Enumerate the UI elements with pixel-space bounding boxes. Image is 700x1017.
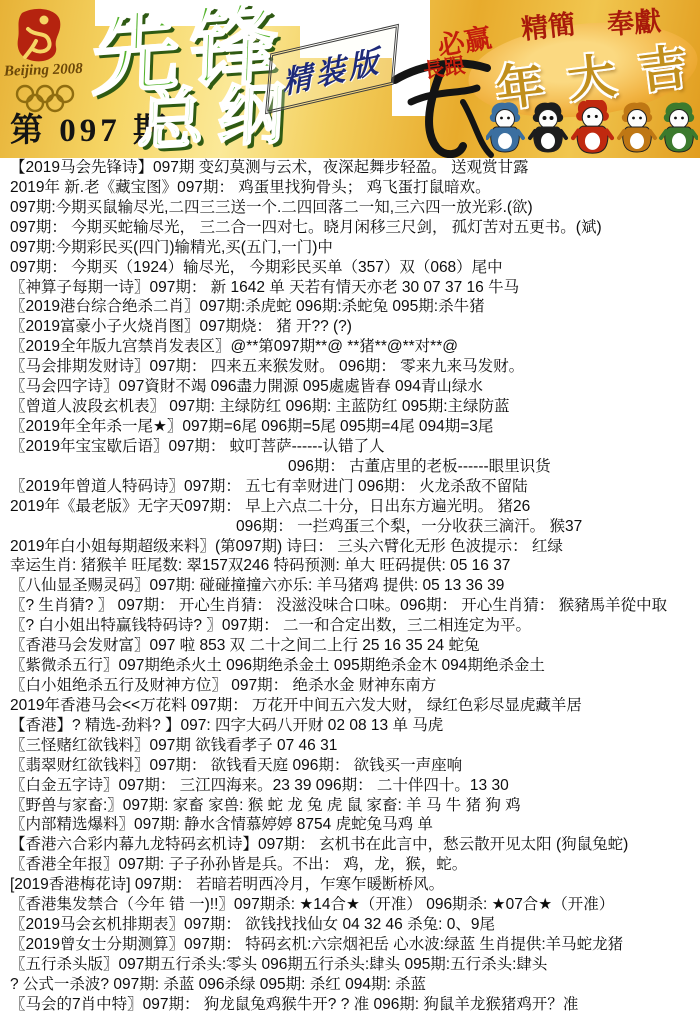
tip-sheet-page: 年大吉 Beijing 2008: [0, 0, 700, 1017]
text-line: 〖2019港台综合绝杀二肖〗097期:杀虎蛇 096期:杀蛇兔 095期:杀牛猪: [0, 297, 700, 317]
text-line: 2019年香港马会<<万花料 097期： 万花开中间五六发大财， 绿红色彩尽显虎…: [0, 696, 700, 716]
follow-text: 長跟: [421, 49, 467, 85]
flame-mascot-icon: [573, 100, 612, 153]
fuwa-mascots-row: [486, 100, 698, 158]
beijing-2008-wordmark: Beijing 2008: [4, 60, 101, 80]
text-line: 〖香港马会发财富〗097 啦 853 双 二十之间二上行 25 16 35 24…: [0, 636, 700, 656]
slogan-part-2: 精簡: [519, 2, 577, 46]
text-line: 〖2019年全年杀一尾★〗097期=6尾 096期=5尾 095期=4尾 094…: [0, 417, 700, 437]
text-line: 096期： 古董店里的老板------眼里识货: [0, 457, 700, 477]
text-line: 096期： 一拦鸡蛋三个梨，一分收获三滴汗。 猴37: [0, 517, 700, 537]
text-line: 097期： 今期买蛇输尽光， 三二合一四对七。晓月闲移三尺剑， 孤灯苦对五更书。…: [0, 218, 700, 238]
text-line: [2019香港梅花诗] 097期： 若暗若明西冷月，乍寒乍暖断桥风。: [0, 875, 700, 895]
text-line: 〖马会四字诗〗097資財不竭 096盡力開源 095處處皆春 094青山绿水: [0, 377, 700, 397]
text-line: 〖紫微杀五行〗097期绝杀火土 096期绝杀金土 095期绝杀金木 094期绝杀…: [0, 656, 700, 676]
text-line: 2019年 新.老《藏宝图》097期： 鸡蛋里找狗骨头； 鸡飞蛋打鼠暗欢。: [0, 178, 700, 198]
text-line: 〖2019全年版九宫禁肖发表区〗@**第097期**@ **猪**@**对**@: [0, 337, 700, 357]
text-line: 〖2019年宝宝歇后语〗097期： 蚊叮菩萨------认错了人: [0, 437, 700, 457]
text-line: ? 公式一杀波? 097期: 杀蓝 096杀绿 095期: 杀红 094期: 杀…: [0, 975, 700, 995]
text-line: 〖白金五字诗〗097期： 三江四海来。23 39 096期： 二十伴四十。13 …: [0, 776, 700, 796]
text-line: 097期:今期彩民买(四门)输精光,买(五门,一门)中: [0, 238, 700, 258]
green-mascot-icon: [661, 102, 697, 152]
masthead: 年大吉 Beijing 2008: [0, 0, 700, 158]
slogan-part-3: 奉獻: [606, 0, 663, 42]
text-line: 〖2019马会玄机排期表〗097期： 欲钱找找仙女 04 32 46 杀兔: 0…: [0, 915, 700, 935]
text-line: 〖五行杀头版〗097期五行杀头:零头 096期五行杀头:肆头 095期:五行杀头…: [0, 955, 700, 975]
text-line: 〖? 生肖猜? 〗 097期： 开心生肖猜： 没滋没味合口味。096期： 开心生…: [0, 596, 700, 616]
text-line: 〖2019富豪小子火烧肖图〗097期烧： 猪 开?? (?): [0, 317, 700, 337]
text-line: 097期:今期买鼠输尽光,二四三三送一个.二四回落二一知,三六四一放光彩.(欲): [0, 198, 700, 218]
orange-mascot-icon: [619, 102, 655, 152]
text-line: 〖三怪赌红欲钱料〗097期 欲钱看孝子 07 46 31: [0, 736, 700, 756]
text-line: 〖香港全年报〗097期: 子子孙孙皆是兵。不出： 鸡，龙，猴，蛇。: [0, 855, 700, 875]
blue-mascot-icon: [487, 102, 523, 152]
text-line: 〖2019年曾道人特码诗〗097期： 五七有幸财进门 096期： 火龙杀敌不留陆: [0, 477, 700, 497]
beijing-2008-seal-icon: [16, 7, 62, 63]
stamp-label: 精装版: [281, 35, 384, 102]
text-line: 〖曾道人波段玄机表〗 097期: 主绿防红 096期: 主蓝防红 095期:主绿…: [0, 397, 700, 417]
text-line: 【香港】? 精选-劲料? 】097: 四字大码八开财 02 08 13 单 马虎: [0, 716, 700, 736]
text-line: 〖神算子每期一诗〗097期： 新 1642 单 天若有情天亦老 30 07 37…: [0, 278, 700, 298]
text-line: 〖内部精选爆料〗097期: 静水含情慕婷婷 8754 虎蛇兔马鸡 单: [0, 815, 700, 835]
text-line: 〖八仙显圣赐灵码〗097期: 碰碰撞撞六亦乐: 羊马猪鸡 提供: 05 13 3…: [0, 576, 700, 596]
tips-text-block: 【2019马会先锋诗】097期 变幻莫测与云术，夜深起舞步轻盈。 送观赏甘露 2…: [0, 158, 700, 1015]
text-line: 〖马会的7肖中特〗097期： 狗龙鼠兔鸡猴牛开? ? 准 096期: 狗鼠羊龙猴…: [0, 995, 700, 1015]
text-line: 〖野兽与家畜:〗097期: 家畜 家兽: 猴 蛇 龙 兔 虎 鼠 家畜: 羊 马…: [0, 796, 700, 816]
panda-mascot-icon: [530, 102, 566, 152]
text-line: 097期： 今期买（1924）输尽光， 今期彩民买单（357）双（068）尾中: [0, 258, 700, 278]
text-line: 2019年白小姐每期超级来料〗(第097期) 诗曰： 三头六臂化无形 色波提示：…: [0, 537, 700, 557]
text-line: 2019年《最老版》无字天097期： 早上六点二十分，日出东方遍光明。 猪26: [0, 497, 700, 517]
text-line: 【香港六合彩内幕九龙特码玄机诗】097期： 玄机书在此言中，愁云散开见太阳 (狗…: [0, 835, 700, 855]
text-line: 幸运生肖: 猪猴羊 旺尾数: 翠157双246 特码预测: 单大 旺码提供: 0…: [0, 556, 700, 576]
text-line: 〖香港集发禁合（今年 错 一)!!〗097期杀: ★14合★（开准） 096期杀…: [0, 895, 700, 915]
text-line: 〖? 白小姐出特赢钱特码诗? 〗097期： 二一和合定出数，三二相连定为平。: [0, 616, 700, 636]
text-line: 【2019马会先锋诗】097期 变幻莫测与云术，夜深起舞步轻盈。 送观赏甘露: [0, 158, 700, 178]
text-line: 〖翡翠财红欲钱料〗097期： 欲钱看天庭 096期： 欲钱买一声座响: [0, 756, 700, 776]
text-line: 〖白小姐绝杀五行及财神方位〗 097期： 绝杀水金 财神东南方: [0, 676, 700, 696]
text-line: 〖马会排期发财诗〗097期： 四来五来猴发财。 096期： 零来九来马发财。: [0, 357, 700, 377]
text-line: 〖2019曾女士分期测算〗097期： 特码玄机:六宗烟祀岳 心水波:绿蓝 生肖提…: [0, 935, 700, 955]
